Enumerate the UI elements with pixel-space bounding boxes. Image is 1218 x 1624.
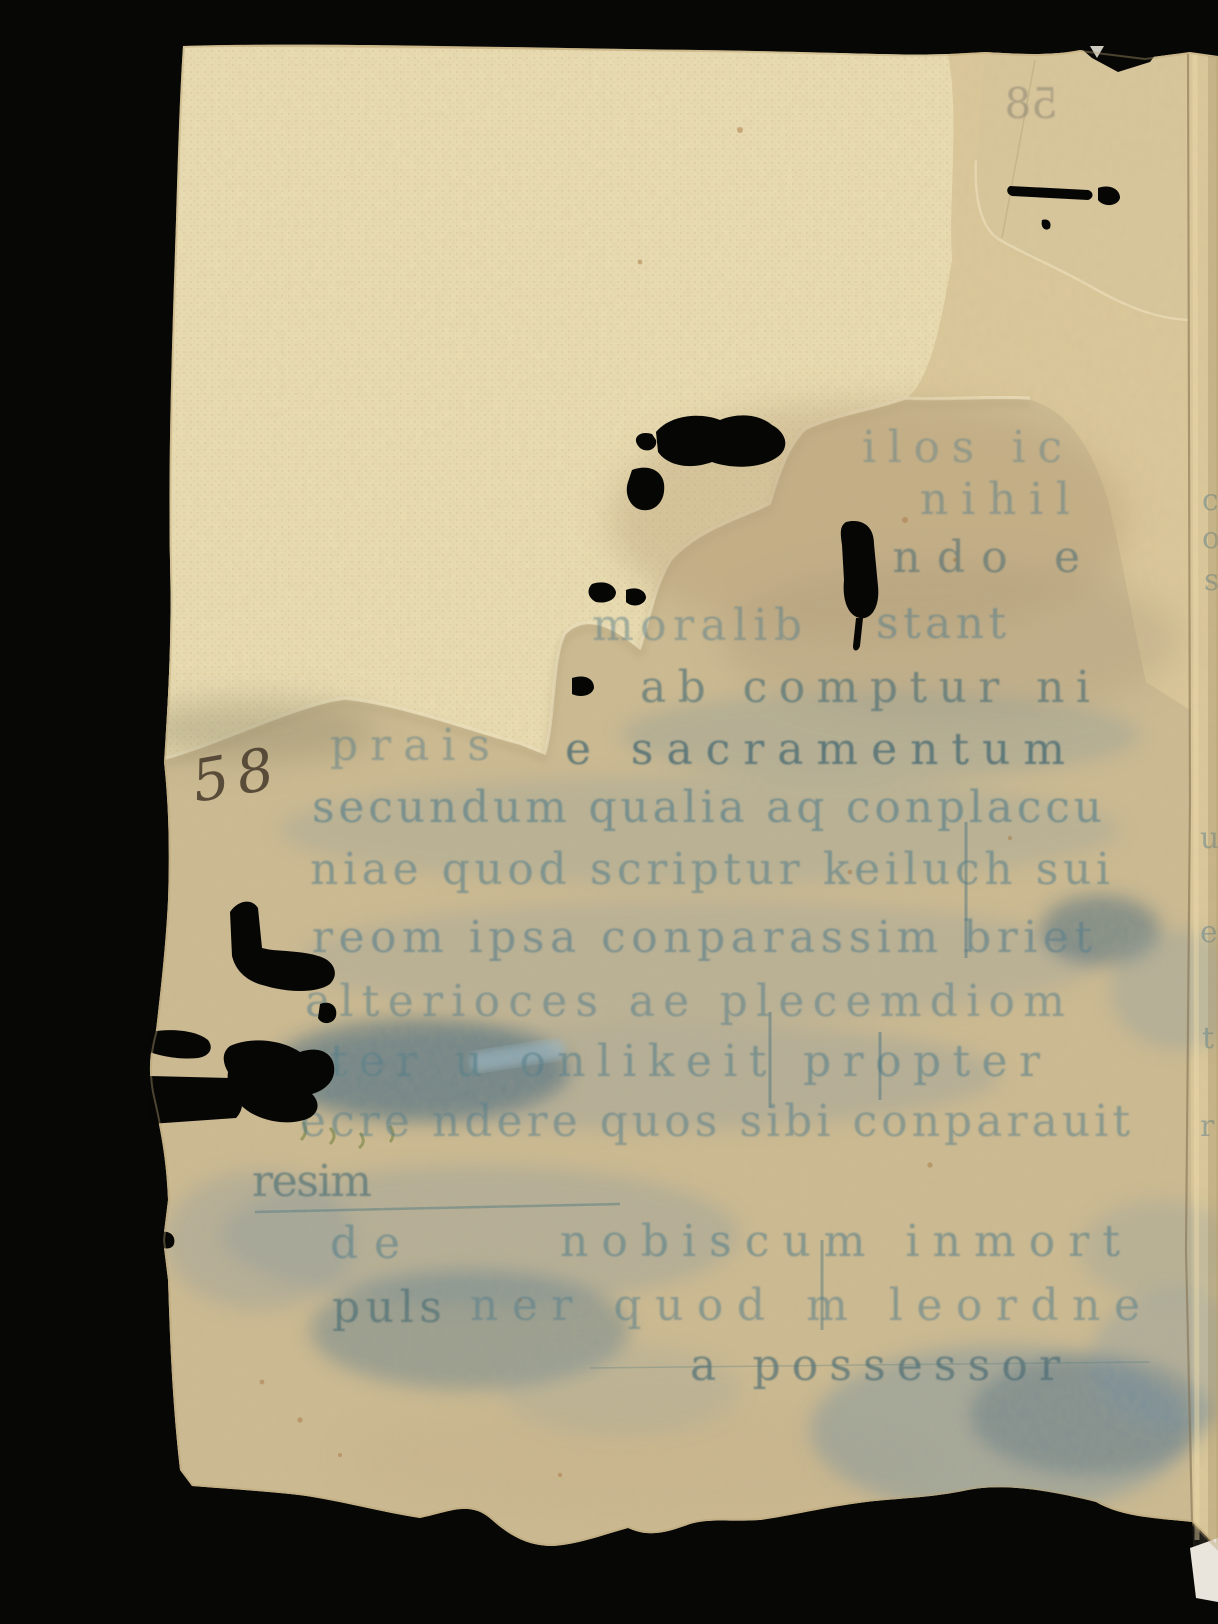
manuscript-photograph: ilos ic nihil ando e moralib stant ab co… (0, 0, 1218, 1624)
manuscript-photo-canvas: ilos ic nihil ando e moralib stant ab co… (0, 0, 1218, 1624)
parchment-grain-texture (140, 30, 1218, 1590)
